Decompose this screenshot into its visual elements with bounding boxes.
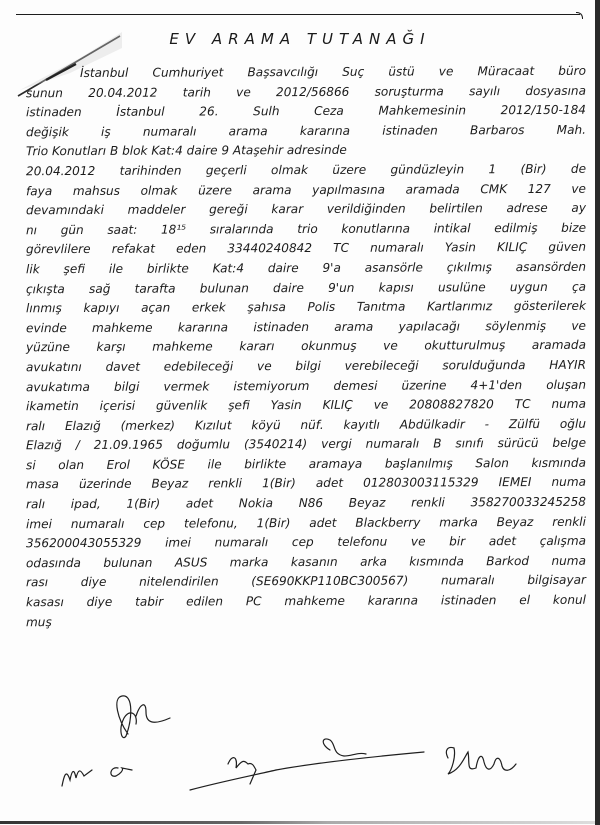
text-line: İstanbul Cumhuriyet Başsavcılığı Suç üst… <box>26 62 586 84</box>
signature-4 <box>276 739 424 770</box>
text-line: Elazığ / 21.09.1965 doğumlu (3540214) ve… <box>26 434 586 456</box>
scan-edge <box>595 0 600 825</box>
text-line: devamındaki maddeler gereği karar verild… <box>26 199 586 221</box>
text-line: görevlilere refakat eden 33440240842 TC … <box>26 238 586 260</box>
text-line: masa üzerinde Beyaz renkli 1(Bir) adet 0… <box>26 473 586 495</box>
text-line: Trio Konutları B blok Kat:4 daire 9 Ataş… <box>26 140 586 162</box>
document-body: İstanbul Cumhuriyet Başsavcılığı Suç üst… <box>26 63 586 631</box>
text-line: lınmış kapıyı açan erkek şahısa Polis Ta… <box>26 297 586 319</box>
text-line: avukatıma bilgi vermek istemiyorum demes… <box>26 375 586 397</box>
text-line: ralı ipad, 1(Bir) adet Nokia N86 Beyaz r… <box>26 493 586 515</box>
text-line: sunun 20.04.2012 tarih ve 2012/56866 sor… <box>26 81 586 103</box>
top-border-line <box>16 14 580 15</box>
signature-2 <box>62 768 132 786</box>
document-page: EV ARAMA TUTANAĞI İstanbul Cumhuriyet Ba… <box>0 0 596 825</box>
text-line: çıkışta sağ tarafta bulunan daire 9'un k… <box>26 277 586 299</box>
text-line: avukatını davet edebileceği ve bilgi ver… <box>26 356 586 378</box>
signatures-drawing <box>0 690 600 810</box>
top-border-hook <box>576 12 583 19</box>
document-title: EV ARAMA TUTANAĞI <box>0 30 600 48</box>
text-line: 20.04.2012 tarihinden geçerli olmak üzer… <box>26 160 586 182</box>
signature-area <box>0 690 600 810</box>
signature-1 <box>117 696 170 738</box>
text-line: kasası diye tabir edilen PC mahkeme kara… <box>26 591 586 613</box>
text-line: lik şefi ile birlikte Kat:4 daire 9'a as… <box>26 258 586 280</box>
bottom-border-line <box>0 821 596 824</box>
signature-5 <box>446 747 516 774</box>
text-line: ikametin içerisi güvenlik şefi Yasin KIL… <box>26 395 586 417</box>
text-line: muş <box>26 610 586 632</box>
signature-3 <box>190 758 276 790</box>
text-line: faya mahsus olmak üzere arama yapılmasın… <box>26 179 586 201</box>
text-line: 356200043055329 imei numaralı cep telefo… <box>26 532 586 554</box>
text-line: yüzüne karşı mahkeme kararı okunmuş ve o… <box>26 336 586 358</box>
text-line: istinaden İstanbul 26. Sulh Ceza Mahkeme… <box>26 101 586 123</box>
text-line: rası diye nitelendirilen (SE690KKP110BC3… <box>26 571 586 593</box>
